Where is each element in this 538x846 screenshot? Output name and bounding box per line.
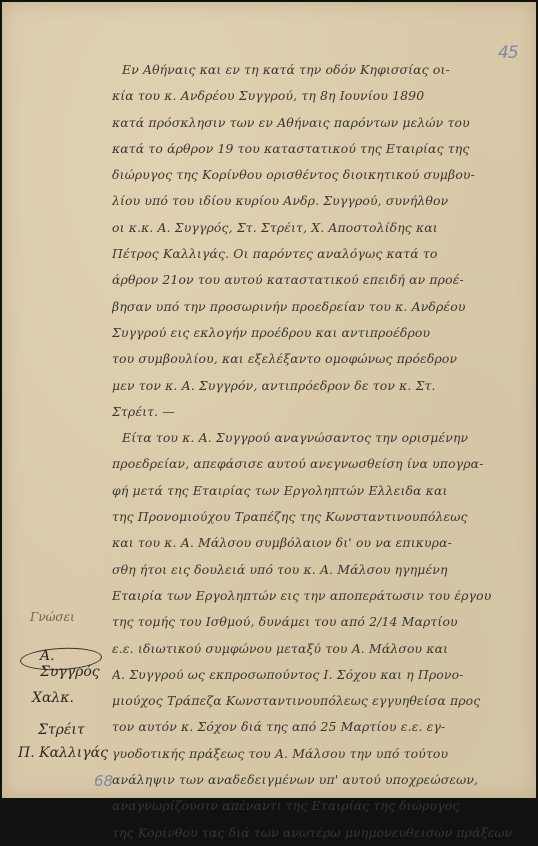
- text-line: αναγνωρίζουσιν απέναντι της Εταιρίας της…: [112, 793, 527, 800]
- text-line: κία του κ. Ανδρέου Συγγρού, τη 8η Ιουνίο…: [112, 83, 527, 109]
- pencil-page-number: 68: [94, 772, 113, 790]
- text-line: του συμβουλίου, και εξελέξαντο ομοφώνως …: [112, 346, 527, 372]
- text-line: γυοδοτικής πράξεως του Α. Μάλσου την υπό…: [112, 741, 527, 767]
- text-line: λίου υπό του ιδίου κυρίου Ανδρ. Συγγρού,…: [112, 188, 527, 214]
- text-line: ανάληψιν των αναδεδειγμένων υπ' αυτού υπ…: [112, 767, 527, 793]
- signature-chalk: Χαλκ.: [32, 690, 74, 706]
- minutes-body: Εν Αθήναις και εν τη κατά την οδόν Κηφισ…: [112, 57, 527, 800]
- signature-kalligas: Π. Καλλιγάς: [18, 745, 108, 761]
- text-line: της Προνομιούχου Τραπέζης της Κωνσταντιν…: [112, 504, 527, 530]
- text-line: προεδρείαν, απεφάσισε αυτού ανεγνωσθείση…: [112, 451, 527, 477]
- text-line: κατά πρόσκλησιν των εν Αθήναις παρόντων …: [112, 110, 527, 136]
- text-line: Πέτρος Καλλιγάς. Οι παρόντες αναλόγως κα…: [112, 241, 527, 267]
- text-line: μιούχος Τράπεζα Κωνσταντινουπόλεως εγγυη…: [112, 688, 527, 714]
- text-line: Είτα του κ. Α. Συγγρού αναγνώσαντος την …: [112, 425, 527, 451]
- text-line: Στρέιτ. —: [112, 399, 527, 425]
- text-line: ε.ε. ιδιωτικού συμφώνου μεταξύ του Α. Μά…: [112, 636, 527, 662]
- text-line: κατά το άρθρον 19 του καταστατικού της Ε…: [112, 136, 527, 162]
- text-line: διώρυγος της Κορίνθου ορισθέντος διοικητ…: [112, 162, 527, 188]
- text-line: Α. Συγγρού ως εκπροσωπούντος Ι. Σόχου κα…: [112, 662, 527, 688]
- text-line: Εν Αθήναις και εν τη κατά την οδόν Κηφισ…: [112, 57, 527, 83]
- text-line: τον αυτόν κ. Σόχον διά της από 25 Μαρτίο…: [112, 714, 527, 740]
- text-line: μεν τον κ. Α. Συγγρόν, αντιπρόεδρον δε τ…: [112, 373, 527, 399]
- manuscript-page: 45 Εν Αθήναις και εν τη κατά την οδόν Κη…: [2, 2, 536, 798]
- text-line: οι κ.κ. Α. Συγγρός, Στ. Στρέιτ, Χ. Αποστ…: [112, 215, 527, 241]
- text-line: σθη ήτοι εις δουλειά υπό του κ. Α. Μάλσο…: [112, 557, 527, 583]
- text-line: της τομής του Ισθμού, δυνάμει του από 2/…: [112, 609, 527, 635]
- signature-syngros: Α. Συγγρός: [40, 648, 116, 680]
- text-line: φή μετά της Εταιρίας των Εργοληπτών Ελλε…: [112, 478, 527, 504]
- text-line: άρθρον 21ον του αυτού καταστατικού επειδ…: [112, 267, 527, 293]
- signature-streit: Στρέιτ: [38, 722, 85, 738]
- text-line: Συγγρού εις εκλογήν προέδρου και αντιπρο…: [112, 320, 527, 346]
- text-line: βησαν υπό την προσωρινήν προεδρείαν του …: [112, 294, 527, 320]
- text-line: και του κ. Α. Μάλσου συμβόλαιον δι' ου ν…: [112, 530, 527, 556]
- text-line: Εταιρία των Εργοληπτών εις την αποπεράτω…: [112, 583, 527, 609]
- margin-note: Γνώσει: [30, 610, 75, 624]
